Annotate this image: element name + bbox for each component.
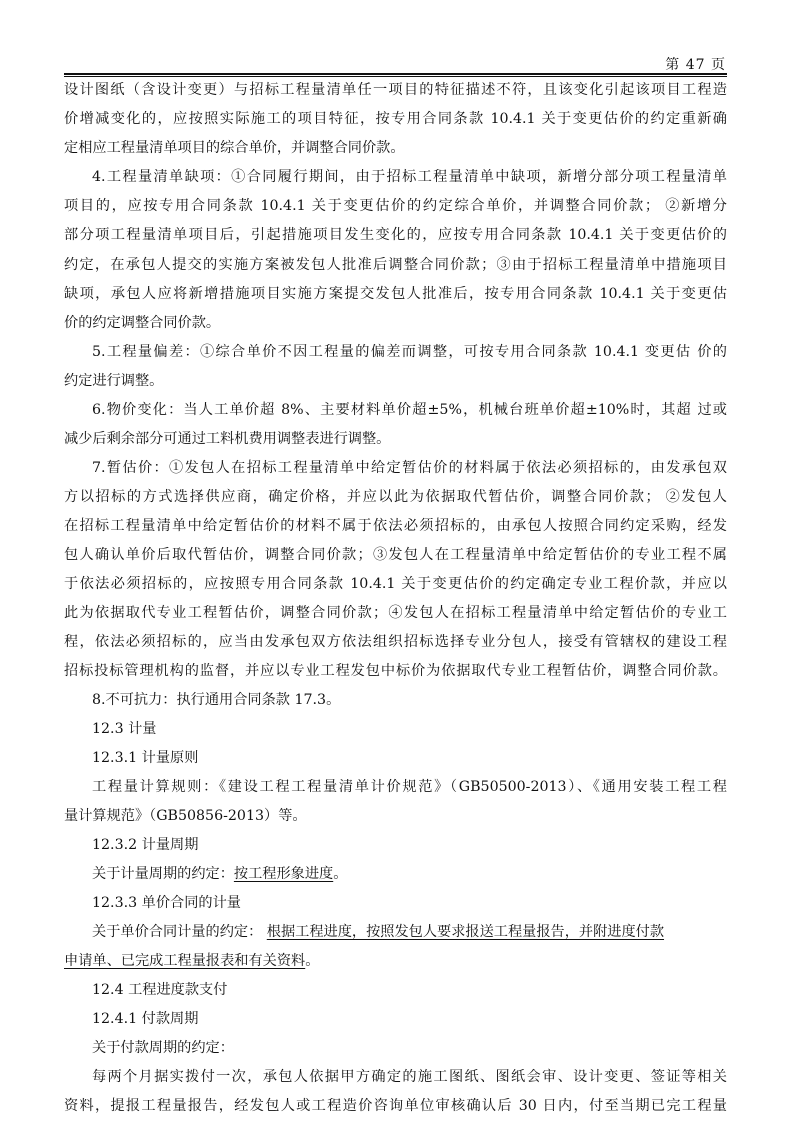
body-line: 于依法必须招标的，应按照专用合同条款 10.4.1 关于变更估价的约定确定专业工…: [64, 574, 727, 594]
body-line: 关于付款周期的约定：: [92, 1038, 727, 1058]
body-line: 关于计量周期的约定：按工程形象进度。: [92, 864, 727, 884]
underlined-value: 根据工程进度，按照发包人要求报送工程量报告，并附进度付款: [267, 924, 664, 940]
body-line: 价增减变化的，应按照实际施工的项目特征，按专用合同条款 10.4.1 关于变更估…: [64, 109, 727, 129]
body-line: 减少后剩余部分可通过工料机费用调整表进行调整。: [64, 429, 727, 449]
body-line: 此为依据取代专业工程暂估价，调整合同价款；④发包人在招标工程量清单中给定暂估价的…: [64, 603, 727, 623]
underlined-value: 申请单、已完成工程量报表和有关资料: [64, 953, 305, 969]
body-line: 约定进行调整。: [64, 371, 727, 391]
body-line: 申请单、已完成工程量报表和有关资料。: [64, 951, 727, 971]
header-rule-thin: [64, 76, 727, 77]
body-line: 5.工程量偏差：①综合单价不因工程量的偏差而调整，可按专用合同条款 10.4.1…: [92, 342, 727, 362]
punctuation: 。: [333, 866, 347, 882]
section-heading: 12.4.1 付款周期: [92, 1009, 727, 1029]
body-line: 7.暂估价：①发包人在招标工程量清单中给定暂估价的材料属于依法必须招标的，由发承…: [92, 458, 727, 478]
body-line: 4.工程量清单缺项：①合同履行期间，由于招标工程量清单中缺项，新增分部分项工程量…: [92, 167, 727, 187]
label-text: 关于单价合同计量的约定：: [92, 924, 267, 940]
body-line: 关于单价合同计量的约定： 根据工程进度，按照发包人要求报送工程量报告，并附进度付…: [92, 922, 727, 942]
label-text: 关于计量周期的约定：: [92, 866, 234, 882]
punctuation: 。: [305, 953, 319, 969]
body-line: 价的约定调整合同价款。: [64, 313, 727, 333]
underlined-value: 按工程形象进度: [234, 866, 333, 882]
section-heading: 12.3.2 计量周期: [92, 835, 727, 855]
header-rule: [64, 73, 727, 75]
body-line: 包人确认单价后取代暂估价，调整合同价款；③发包人在工程量清单中给定暂估价的专业工…: [64, 545, 727, 565]
body-line: 定相应工程量清单项目的综合单价，并调整合同价款。: [64, 138, 727, 158]
body-line: 在招标工程量清单中给定暂估价的材料不属于依法必须招标的，由承包人按照合同约定采购…: [64, 516, 727, 536]
body-line: 项目的，应按专用合同条款 10.4.1 关于变更估价的约定综合单价，并调整合同价…: [64, 196, 727, 216]
body-line: 每两个月据实拨付一次，承包人依据甲方确定的施工图纸、图纸会审、设计变更、签证等相…: [92, 1067, 727, 1087]
body-line: 约定，在承包人提交的实施方案被发包人批准后调整合同价款；③由于招标工程量清单中措…: [64, 255, 727, 275]
section-heading: 12.3 计量: [92, 719, 727, 739]
body-line: 量计算规范》（GB50856-2013）等。: [64, 806, 727, 826]
body-line: 8.不可抗力：执行通用合同条款 17.3。: [92, 690, 727, 710]
body-line: 缺项，承包人应将新增措施项目实施方案提交发包人批准后，按专用合同条款 10.4.…: [64, 284, 727, 304]
body-line: 6.物价变化：当人工单价超 8%、主要材料单价超±5%，机械台班单价超±10%时…: [92, 400, 727, 420]
page-number: 第 47 页: [665, 57, 726, 73]
body-line: 工程量计算规则：《建设工程工程量清单计价规范》（GB50500-2013）、《通…: [92, 777, 727, 797]
body-line: 资料，提报工程量报告，经发包人或工程造价咨询单位审核确认后 30 日内，付至当期…: [64, 1096, 727, 1116]
body-line: 程，依法必须招标的，应当由发承包双方依法组织招标选择专业分包人，接受有管辖权的建…: [64, 632, 727, 652]
body-line: 设计图纸（含设计变更）与招标工程量清单任一项目的特征描述不符，且该变化引起该项目…: [64, 80, 727, 100]
body-line: 部分项工程量清单项目后，引起措施项目发生变化的，应按专用合同条款 10.4.1 …: [64, 225, 727, 245]
section-heading: 12.3.3 单价合同的计量: [92, 893, 727, 913]
body-line: 招标投标管理机构的监督，并应以专业工程发包中标价为依据取代专业工程暂估价，调整合…: [64, 661, 727, 681]
section-heading: 12.3.1 计量原则: [92, 748, 727, 768]
section-heading: 12.4 工程进度款支付: [92, 980, 727, 1000]
body-line: 方以招标的方式选择供应商，确定价格，并应以此为依据取代暂估价，调整合同价款； ②…: [64, 487, 727, 507]
